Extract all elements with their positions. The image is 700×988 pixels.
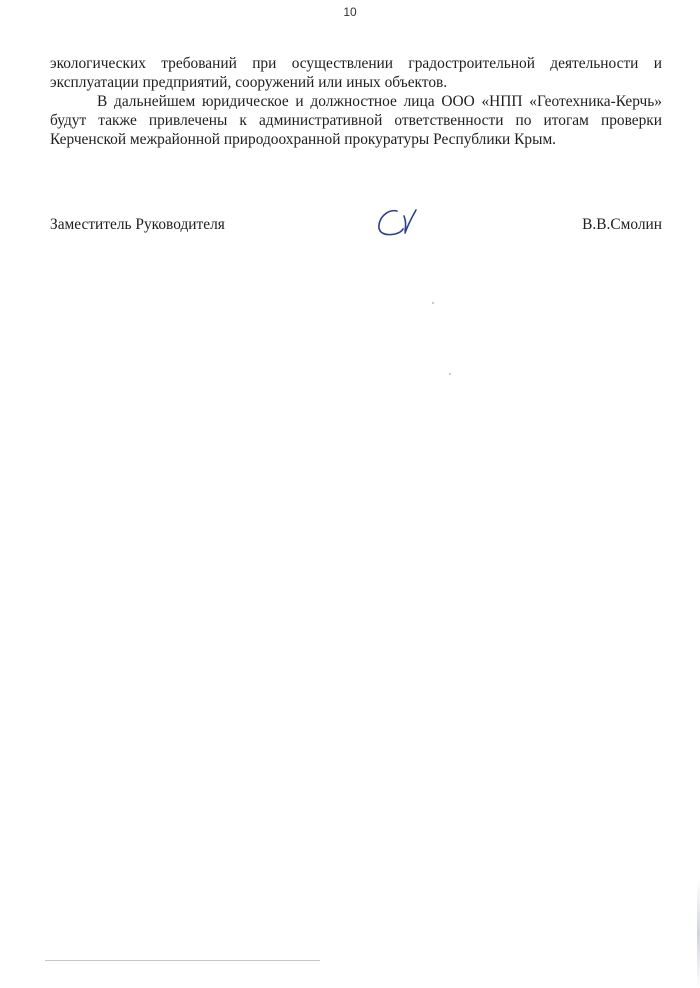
signatory-title: Заместитель Руководителя bbox=[50, 215, 225, 234]
paragraph-continuation: экологических требований при осуществлен… bbox=[50, 54, 662, 92]
paragraph-administrative-liability: В дальнейшем юридическое и должностное л… bbox=[50, 92, 662, 149]
scan-speck bbox=[432, 302, 434, 304]
scan-speck bbox=[449, 373, 451, 375]
document-body: экологических требований при осуществлен… bbox=[50, 54, 662, 149]
page-number: 10 bbox=[0, 5, 700, 19]
signatory-name: В.В.Смолин bbox=[582, 215, 662, 234]
signature-block: Заместитель Руководителя В.В.Смолин bbox=[50, 215, 662, 239]
footnote-separator bbox=[45, 960, 320, 961]
handwritten-signature-icon bbox=[375, 203, 435, 243]
